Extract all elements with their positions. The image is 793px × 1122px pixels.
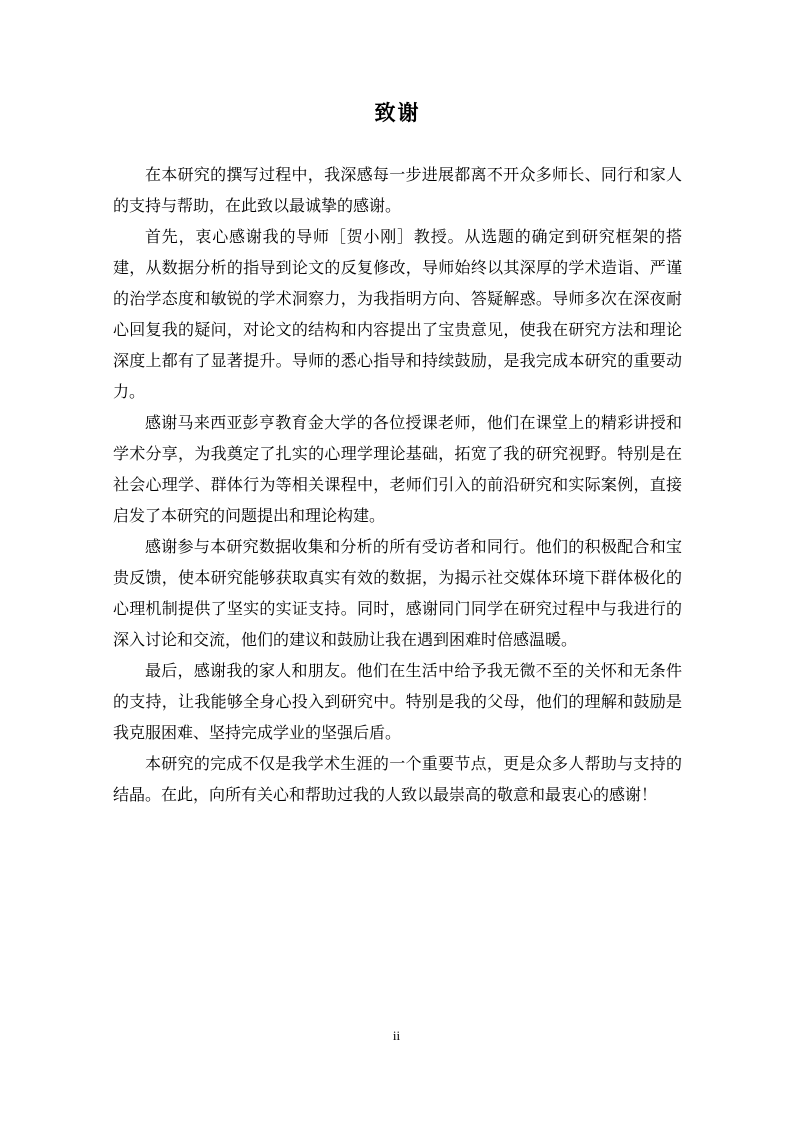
paragraph-university-teachers: 感谢马来西亚彭亨教育金大学的各位授课老师，他们在课堂上的精彩讲授和学术分享，为我… xyxy=(113,408,682,532)
paragraph-closing: 本研究的完成不仅是我学术生涯的一个重要节点，更是众多人帮助与支持的结晶。在此，向… xyxy=(113,749,682,811)
document-page: 致谢 在本研究的撰写过程中，我深感每一步进展都离不开众多师长、同行和家人的支持与… xyxy=(0,0,793,1122)
page-content: 致谢 在本研究的撰写过程中，我深感每一步进展都离不开众多师长、同行和家人的支持与… xyxy=(0,0,793,811)
paragraph-participants: 感谢参与本研究数据收集和分析的所有受访者和同行。他们的积极配合和宝贵反馈，使本研… xyxy=(113,532,682,656)
page-title: 致谢 xyxy=(113,100,682,126)
acknowledgements-body: 在本研究的撰写过程中，我深感每一步进展都离不开众多师长、同行和家人的支持与帮助，… xyxy=(113,160,682,811)
paragraph-intro: 在本研究的撰写过程中，我深感每一步进展都离不开众多师长、同行和家人的支持与帮助，… xyxy=(113,160,682,222)
paragraph-advisor: 首先，衷心感谢我的导师［贺小刚］教授。从选题的确定到研究框架的搭建，从数据分析的… xyxy=(113,222,682,408)
page-number: ii xyxy=(393,1028,400,1043)
paragraph-family: 最后，感谢我的家人和朋友。他们在生活中给予我无微不至的关怀和无条件的支持，让我能… xyxy=(113,656,682,749)
page-footer: ii xyxy=(0,1028,793,1044)
